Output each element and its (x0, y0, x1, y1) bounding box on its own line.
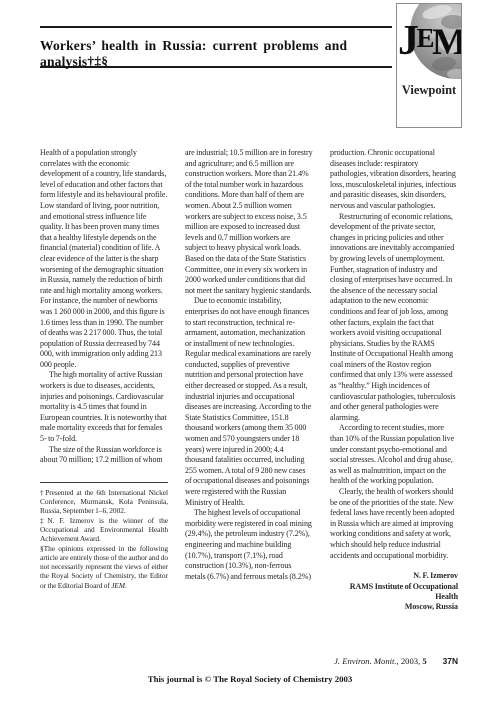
footnote-award: ‡N. F. Izmerov is the winner of the Occu… (40, 516, 168, 544)
jem-letter-m: M (432, 24, 462, 61)
signature-affiliation: RAMS Institute of Occupational Health (330, 582, 458, 603)
paragraph: Health of a population strongly correlat… (40, 148, 168, 370)
footnote-disclaimer: §The opinions expressed in the following… (40, 544, 168, 590)
article-body: Health of a population strongly correlat… (40, 148, 458, 613)
column-2: are industrial; 10.5 million are in fore… (185, 148, 313, 613)
signature-location: Moscow, Russia (330, 602, 458, 612)
journal-page: Workers’ health in Russia: current probl… (0, 0, 500, 708)
journal-abbrev: JEM (111, 581, 125, 590)
paragraph: The high mortality of active Russian wor… (40, 370, 168, 444)
column-3: production. Chronic occupational disease… (330, 148, 458, 613)
copyright-line: This journal is © The Royal Society of C… (0, 674, 500, 684)
jem-logo-text: J E M (398, 20, 462, 72)
signature-author: N. F. Izmerov (330, 571, 458, 581)
paragraph: Restructuring of economic relations, dev… (330, 212, 458, 424)
header-rule-top (40, 26, 392, 28)
volume-number: 5 (422, 656, 426, 666)
journal-citation: J. Environ. Monit., 2003, 537N (334, 656, 458, 666)
header-rule-bottom (40, 66, 392, 68)
page-number: 37N (443, 656, 458, 666)
jem-letter-e: E (417, 25, 433, 52)
paragraph: The size of the Russian workforce is abo… (40, 445, 168, 466)
viewpoint-label: Viewpoint (397, 83, 461, 98)
footnote-text-end: . (125, 581, 127, 590)
column-1: Health of a population strongly correlat… (40, 148, 168, 613)
footnote-presented: †Presented at the 6th International Nick… (40, 488, 168, 516)
citation-year: , 2003, (397, 656, 423, 666)
paragraph: Due to economic instability, enterprises… (185, 296, 313, 508)
footnote-separator (40, 482, 168, 483)
paragraph: According to recent studies, more than 1… (330, 423, 458, 487)
signature-block: N. F. Izmerov RAMS Institute of Occupati… (330, 571, 458, 613)
paragraph: are industrial; 10.5 million are in fore… (185, 148, 313, 296)
paragraph: Clearly, the health of workers should be… (330, 487, 458, 561)
footnote-text: §The opinions expressed in the following… (40, 544, 168, 590)
paragraph: production. Chronic occupational disease… (330, 148, 458, 212)
paragraph: The highest levels of occupational morbi… (185, 508, 313, 582)
jem-letter-j: J (398, 20, 417, 62)
jem-logo: J E M Viewpoint (396, 3, 462, 128)
journal-title: J. Environ. Monit. (334, 656, 396, 666)
